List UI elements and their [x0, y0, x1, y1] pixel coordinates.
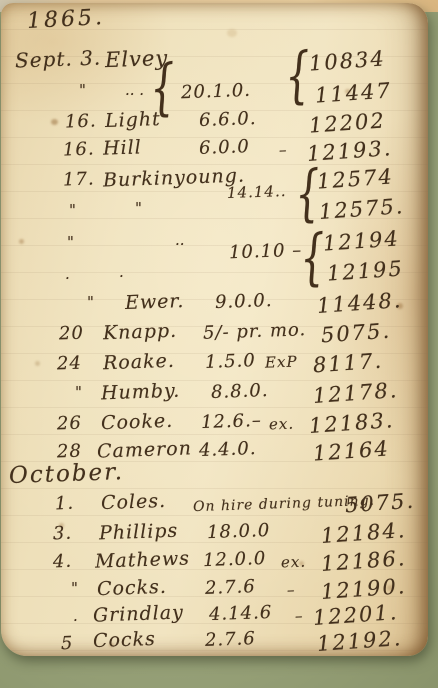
entry-name: Phillips	[99, 522, 179, 544]
entry-note: ExP	[265, 354, 298, 370]
entry-date: 20	[59, 325, 85, 344]
entry-note: ex.	[281, 555, 307, 571]
entry-number: 12202	[308, 110, 386, 136]
entry-amount: 9.0.0.	[215, 292, 273, 312]
month-heading: October.	[9, 461, 125, 488]
entry-amount: 20.1.0.	[181, 82, 252, 102]
entry-date: 26	[57, 415, 83, 434]
entry-name: Cocks	[93, 630, 157, 651]
entry-date: 4.	[53, 553, 73, 572]
entry-name: Hill	[103, 138, 142, 158]
stain	[19, 239, 24, 244]
entry-date: 1.	[55, 495, 75, 514]
entry-name: Cocks.	[97, 578, 168, 599]
entry-amount: 6.0.0	[199, 138, 250, 158]
entry-name: Roake.	[103, 352, 175, 373]
entry-name: Grindlay	[93, 603, 184, 625]
entry-date: 5	[61, 635, 74, 653]
entry-amount: 12.0.0	[203, 550, 267, 570]
entry-number: 12178.	[312, 380, 399, 407]
entry-amount: 18.0.0	[207, 522, 271, 542]
entry-amount: 2.7.6	[205, 578, 256, 598]
entry-amount: 6.6.0.	[199, 110, 257, 130]
entry-number: 12190.	[320, 576, 407, 603]
entry-number: 12194	[322, 228, 400, 254]
entry-number: 12201.	[312, 602, 399, 629]
entry-number: 12575.	[318, 196, 405, 223]
entry-date: .	[73, 609, 78, 624]
entry-note: –	[287, 583, 296, 598]
entry-date: "	[67, 235, 74, 250]
entry-number: 12184.	[320, 520, 407, 547]
entry-amount: 4.14.6	[209, 604, 273, 624]
entry-number: 10834	[308, 48, 386, 74]
entry-note: –	[279, 143, 288, 158]
entry-number: 5075.	[344, 491, 415, 517]
entry-name: .. .	[125, 83, 144, 98]
entry-date: "	[87, 295, 94, 310]
entry-name: Elvey	[105, 48, 169, 71]
entry-name: "	[135, 201, 142, 216]
entry-number: 12192.	[316, 628, 403, 655]
entry-name: Burkinyoung.	[103, 167, 246, 191]
entry-name: Knapp.	[103, 322, 178, 344]
entry-name: Coles.	[101, 492, 167, 513]
entry-number: 12186.	[320, 548, 407, 575]
entry-number: 12183.	[308, 410, 395, 437]
ledger-page: 1865. { { { { Sept. 3. Elvey 10834 " .. …	[1, 3, 428, 656]
entry-date: Sept. 3.	[15, 48, 102, 71]
entry-number: 8117.	[312, 351, 383, 377]
brace: {	[284, 44, 311, 107]
entry-date: "	[79, 83, 86, 98]
entry-amount: 2.7.6	[205, 630, 256, 650]
entry-date: 24	[57, 355, 83, 374]
entry-name: Ewer.	[125, 292, 185, 313]
entry-name: .	[119, 265, 124, 280]
entry-number: 5075.	[320, 321, 391, 347]
entry-name: ..	[175, 233, 185, 248]
stain	[51, 119, 58, 125]
entry-number: 12164	[312, 438, 390, 464]
entry-date: 3.	[53, 525, 73, 544]
year-heading: 1865.	[26, 7, 105, 33]
entry-date: "	[69, 203, 76, 218]
entry-name: Cooke.	[101, 412, 174, 434]
entry-amount: 4.4.0.	[199, 440, 257, 460]
entry-number: 11447	[314, 80, 392, 106]
entry-number: 12574	[316, 166, 394, 192]
stain	[227, 29, 237, 37]
entry-note: ex.	[269, 417, 295, 433]
entry-name: Light	[105, 110, 161, 131]
entry-date: .	[65, 267, 70, 282]
entry-date: 28	[57, 443, 83, 462]
entry-name: Cameron	[97, 439, 192, 461]
entry-amount: 10.10 –	[229, 242, 303, 263]
entry-amount: 5/- pr. mo.	[203, 321, 307, 343]
entry-date: "	[75, 385, 82, 400]
entry-date: 16.	[65, 112, 97, 131]
scanned-ledger-scene: 1865. { { { { Sept. 3. Elvey 10834 " .. …	[0, 0, 438, 688]
entry-number: 11448.	[316, 290, 403, 317]
entry-number: 12195	[326, 258, 404, 284]
entry-note: –	[295, 609, 304, 624]
entry-date: "	[71, 581, 78, 596]
entry-date: 17.	[63, 170, 95, 189]
entry-name: Humby.	[101, 382, 181, 404]
entry-number: 12193.	[306, 138, 393, 165]
stain	[35, 361, 40, 366]
entry-name: Mathews	[95, 549, 191, 571]
entry-amount: 1.5.0	[205, 352, 256, 372]
entry-amount: 8.8.0.	[211, 382, 269, 402]
entry-date: 16.	[63, 140, 95, 159]
entry-amount: 12.6.–	[201, 412, 262, 432]
entry-amount: 14.14..	[227, 184, 287, 201]
